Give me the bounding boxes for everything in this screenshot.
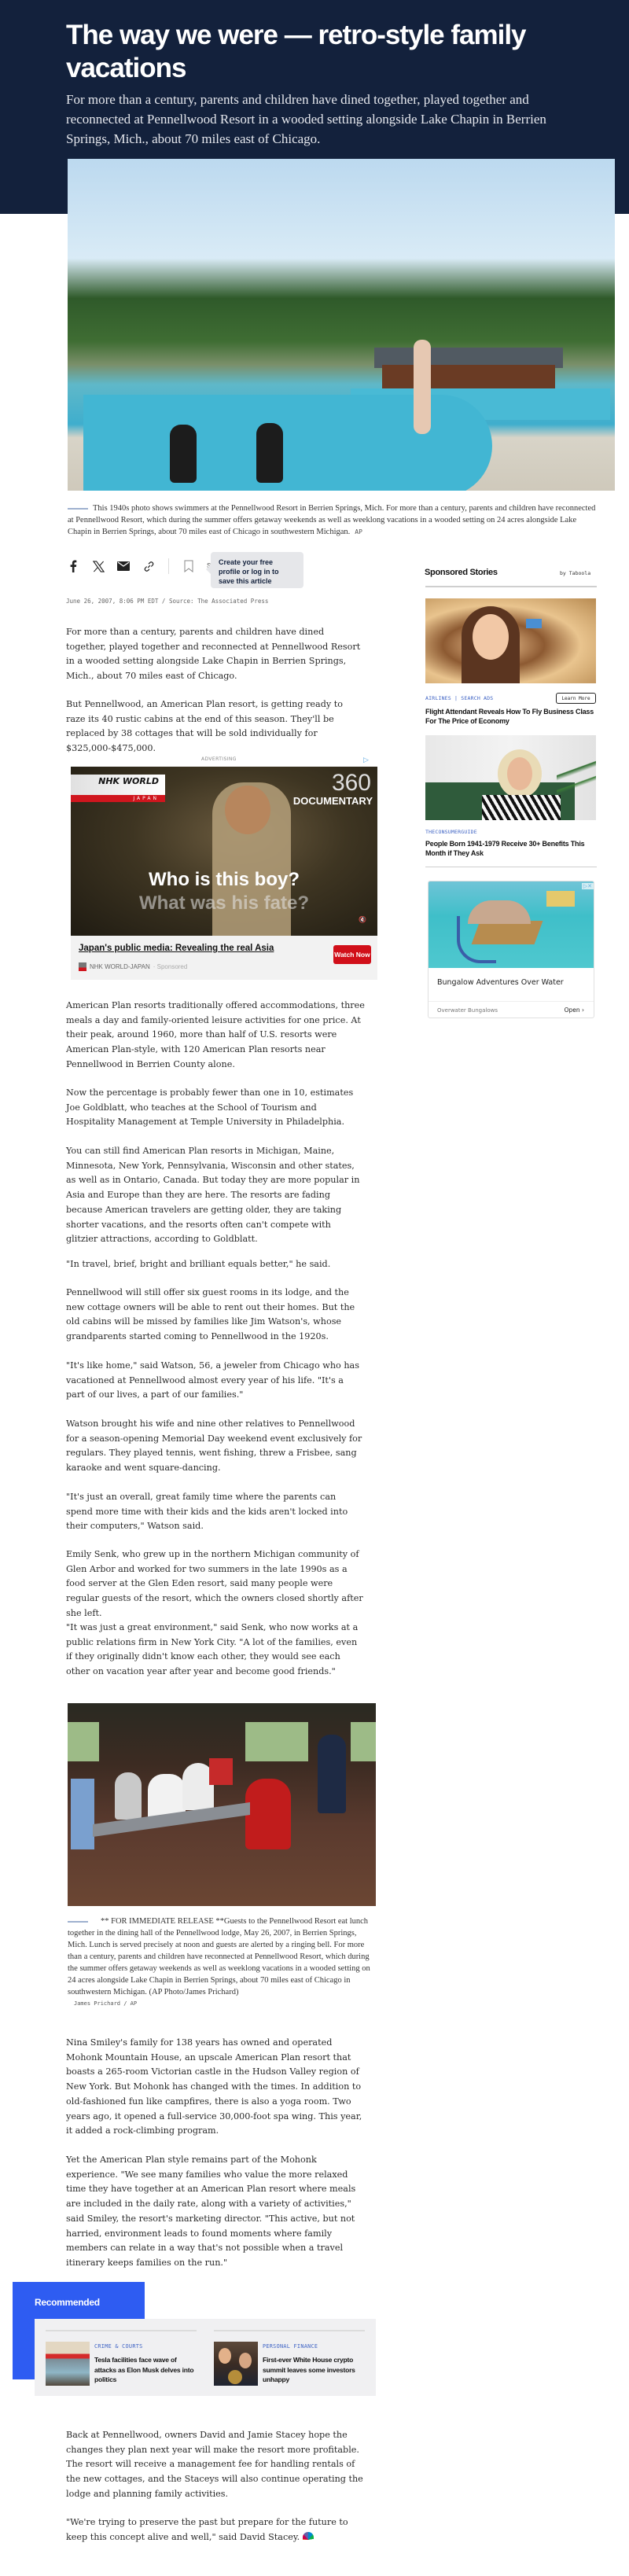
ad-title-link[interactable]: Japan's public media: Revealing the real… <box>79 944 274 953</box>
article-paragraph: Back at Pennellwood, owners David and Ja… <box>66 2428 365 2502</box>
ad-advertiser-name: NHK WORLD-JAPAN <box>90 963 150 970</box>
image-detail-slide <box>457 916 496 963</box>
image-detail-person <box>239 2353 252 2368</box>
recommended-rule <box>46 2330 197 2331</box>
image-detail-bungalow <box>546 891 575 907</box>
article-paragraph: "It was just a great environment," said … <box>66 1621 365 1680</box>
image-detail-plant <box>557 735 596 820</box>
article-paragraph: American Plan resorts traditionally offe… <box>66 999 365 1073</box>
image-detail-person <box>71 1779 94 1849</box>
recommended-headline[interactable]: Tesla facilities face wave of attacks as… <box>94 2355 197 2385</box>
bookmark-icon[interactable] <box>182 559 196 573</box>
ad-advertiser: NHK WORLD-JAPAN · Sponsored <box>79 962 187 971</box>
ad-video[interactable]: NHK WORLD JAPAN 360 DOCUMENTARY Who is t… <box>71 767 377 936</box>
hero-image[interactable] <box>68 159 615 491</box>
nbc-peacock-icon <box>303 2532 314 2540</box>
hero-credit: AP <box>355 528 362 535</box>
article-paragraph: Now the percentage is probably fewer tha… <box>66 1086 365 1130</box>
image-detail-person <box>245 1779 291 1849</box>
recommended-thumbnail[interactable] <box>214 2342 258 2386</box>
article-paragraph: "It's just an overall, great family time… <box>66 1490 365 1534</box>
adchoices-close-icon[interactable]: ▷✕ <box>582 883 594 889</box>
mute-icon[interactable]: 🔇 <box>359 916 366 923</box>
image-detail-swimmer <box>256 423 283 483</box>
taboola-attribution[interactable]: by Taboola <box>560 570 590 576</box>
image-detail-face <box>507 757 532 790</box>
image-detail-person <box>209 1758 233 1785</box>
sidebar-ad-open-button[interactable]: Open › <box>565 1006 584 1014</box>
article-paragraph: "It's like home," said Watson, 56, a jew… <box>66 1359 365 1403</box>
article-paragraph: "In travel, brief, bright and brilliant … <box>66 1257 365 1272</box>
hero-caption-text: This 1940s photo shows swimmers at the P… <box>68 504 595 536</box>
dining-credit: James Prichard / AP <box>74 1998 137 2010</box>
ad-sponsored-label: · Sponsored <box>153 963 188 970</box>
article-dek: For more than a century, parents and chi… <box>66 90 569 149</box>
article-paragraph: You can still find American Plan resorts… <box>66 1144 365 1247</box>
ad-video-line1: Who is this boy? <box>71 869 377 891</box>
image-detail-person <box>318 1735 346 1813</box>
sidebar-ad-rule <box>429 1001 594 1002</box>
sponsored-story-image[interactable] <box>425 598 596 683</box>
article-paragraph: Pennellwood will still offer six guest r… <box>66 1286 365 1345</box>
image-detail-person <box>115 1772 142 1820</box>
article-paragraph-final: "We're trying to preserve the past but p… <box>66 2515 365 2545</box>
recommended-headline[interactable]: First-ever White House crypto summit lea… <box>263 2355 365 2385</box>
recommended-thumbnail[interactable] <box>46 2342 90 2386</box>
facebook-icon[interactable] <box>66 559 80 573</box>
dining-caption: ** FOR IMMEDIATE RELEASE **Guests to the… <box>68 1915 376 1998</box>
sponsored-stories-title: Sponsored Stories <box>425 568 498 577</box>
image-detail-person <box>219 2348 231 2364</box>
save-tooltip[interactable]: Create your free profile or log in to sa… <box>211 552 303 588</box>
adchoices-icon[interactable]: ▷ <box>363 756 369 764</box>
chevron-right-icon: › <box>582 1006 584 1014</box>
recommended-category[interactable]: CRIME & COURTS <box>94 2343 143 2350</box>
share-bar: SAVE <box>66 550 226 582</box>
sidebar-rule <box>425 586 597 587</box>
image-detail-swimmer <box>170 425 197 483</box>
nhk-small-logo-icon <box>79 962 86 971</box>
ad-video-line2: What was his fate? <box>71 892 377 914</box>
sidebar-ad-source: Overwater Bungalows <box>437 1007 498 1014</box>
nhk-logo-text: NHK WORLD <box>98 776 159 786</box>
share-divider <box>168 558 169 574</box>
article-paragraph: Yet the American Plan style remains part… <box>66 2153 365 2271</box>
documentary-badge-number: 360 <box>332 771 371 795</box>
sponsored-story-headline[interactable]: People Born 1941-1979 Receive 30+ Benefi… <box>425 839 597 858</box>
image-detail-seal <box>228 2370 242 2384</box>
image-detail-screen <box>526 619 542 628</box>
image-detail-face <box>473 614 509 660</box>
learn-more-button[interactable]: Learn More <box>556 693 596 704</box>
sidebar-ad-image: ▷✕ <box>429 881 594 968</box>
article-headline: The way we were — retro-style family vac… <box>66 19 569 85</box>
image-detail-pool <box>83 395 492 491</box>
nhk-logo-sub: JAPAN <box>71 795 165 802</box>
documentary-badge-label: DOCUMENTARY <box>293 795 373 807</box>
recommended-title: Recommended <box>35 2297 100 2308</box>
sponsored-story-category: AIRLINES | SEARCH ADS <box>425 695 493 701</box>
dateline: June 26, 2007, 8:06 PM EDT / Source: The… <box>66 598 268 605</box>
image-detail-window <box>351 1722 376 1761</box>
image-detail-window <box>68 1722 99 1761</box>
recommended-category[interactable]: PERSONAL FINANCE <box>263 2343 318 2350</box>
sponsored-story-image[interactable] <box>425 735 596 820</box>
email-icon[interactable] <box>116 559 131 573</box>
link-icon[interactable] <box>142 559 156 573</box>
sponsored-story-category: THECONSUMERGUIDE <box>425 829 477 835</box>
x-icon[interactable] <box>91 559 105 573</box>
recommended-rule <box>214 2330 365 2331</box>
ad-image-figure-head <box>225 786 270 834</box>
image-detail-diver <box>414 340 431 434</box>
watch-now-button[interactable]: Watch Now <box>333 945 371 964</box>
sponsored-story-headline[interactable]: Flight Attendant Reveals How To Fly Busi… <box>425 707 597 726</box>
image-detail-shirt <box>482 795 561 820</box>
article-paragraph: But Pennellwood, an American Plan resort… <box>66 697 365 756</box>
hero-caption: This 1940s photo shows swimmers at the P… <box>68 502 602 538</box>
sidebar-rule <box>425 867 597 867</box>
article-paragraph: Nina Smiley's family for 138 years has o… <box>66 2036 365 2139</box>
sidebar-display-ad[interactable]: ▷✕ Bungalow Adventures Over Water Overwa… <box>428 881 594 1018</box>
ad-footer: Japan's public media: Revealing the real… <box>71 936 377 980</box>
article-paragraph: Emily Senk, who grew up in the northern … <box>66 1547 365 1621</box>
article-paragraph: For more than a century, parents and chi… <box>66 625 365 684</box>
dining-hall-image[interactable] <box>68 1703 376 1906</box>
ad-label: ADVERTISING <box>201 756 237 762</box>
sidebar-ad-title: Bungalow Adventures Over Water <box>437 978 564 987</box>
image-detail-window <box>245 1722 308 1761</box>
article-paragraph: Watson brought his wife and nine other r… <box>66 1417 365 1476</box>
nhk-logo: NHK WORLD <box>71 775 165 795</box>
open-label: Open <box>565 1006 580 1014</box>
